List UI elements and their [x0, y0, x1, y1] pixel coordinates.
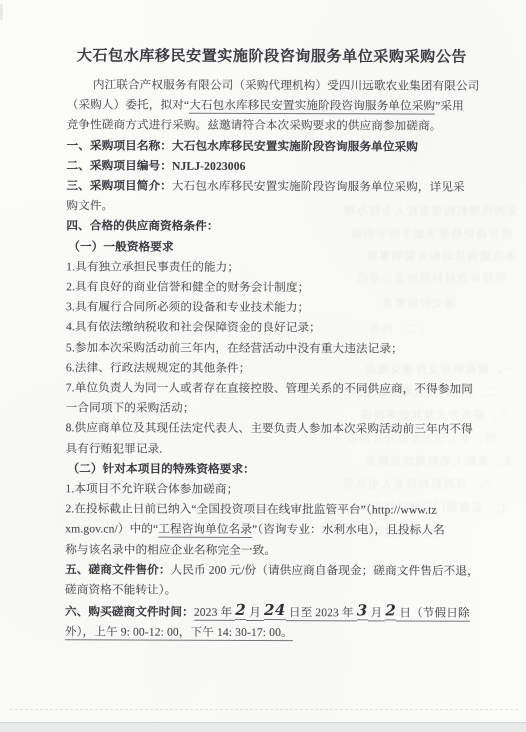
document-line: 4.具有依法缴纳税收和社会保障资金的良好记录； — [66, 318, 482, 340]
text-segment: 1.具有独立承担民事责任的能力； — [66, 260, 239, 274]
text-segment: xm.gov.cn/）中的“ — [65, 523, 158, 536]
text-segment: 月 — [368, 607, 386, 622]
text-segment: 二、采购项目编号：NJLJ-2023006 — [67, 159, 246, 173]
text-segment: 购文件。 — [66, 200, 113, 213]
scanned-document-page: 采购代理机构受委托人全权办理供应商资格要求如下所示明细本次磋商活动相关说明事项资… — [0, 0, 526, 732]
scanner-background-strip — [0, 722, 526, 732]
document-line: 五、磋商文件售价：人民币 200 元/份（请供应商自备现金；磋商文件售后不退， — [65, 560, 481, 582]
document-line: （一）一般资格要求 — [66, 237, 482, 259]
document-content: 大石包水库移民安置实施阶段咨询服务单位采购采购公告 内江联合产权服务有限公司（采… — [0, 0, 526, 645]
document-line: 1.本项目不允许联合体参加磋商； — [65, 479, 481, 501]
text-segment: 大石包水库移民安置实施阶段咨询服务单位采购 — [189, 99, 435, 115]
text-segment: （采购人）委托，拟对“ — [67, 99, 189, 112]
document-line: 一、采购项目名称：大石包水库移民安置实施阶段咨询服务单位采购 — [67, 136, 483, 158]
document-line: 购文件。 — [66, 197, 482, 219]
text-segment: 一、采购项目名称：大石包水库移民安置实施阶段咨询服务单位采购 — [67, 139, 418, 153]
text-segment: 2.具有良好的商业信誉和健全的财务会计制度； — [66, 280, 309, 294]
document-title: 大石包水库移民安置实施阶段咨询服务单位采购采购公告 — [67, 45, 477, 68]
text-segment: 3.具有履行合同所必须的设备和专业技术能力； — [66, 301, 309, 315]
document-line: （采购人）委托，拟对“大石包水库移民安置实施阶段咨询服务单位采购”采用 — [67, 96, 483, 118]
text-segment: 人民币 200 元/份（请供应商自备现金；磋商文件售后不退， — [171, 564, 479, 578]
text-segment: 2023 年 — [194, 606, 235, 621]
text-segment: 1.本项目不允许联合体参加磋商； — [65, 482, 238, 496]
document-line: 3.具有履行合同所必须的设备和专业技术能力； — [66, 298, 482, 320]
document-line: 竞争性磋商方式进行采购。兹邀请符合本次采购要求的供应商参加磋商。 — [67, 116, 483, 138]
handwritten-text-segment: 24 — [264, 601, 286, 620]
document-line: 二、采购项目编号：NJLJ-2023006 — [67, 156, 483, 178]
text-segment: 三、采购项目简介： — [66, 179, 171, 192]
text-segment: （二）针对本项目的特殊资格要求： — [67, 462, 254, 476]
document-line: 一合同项下的采购活动； — [66, 399, 482, 421]
document-line: xm.gov.cn/）中的“工程咨询单位名录”（咨询专业：水利水电），且投标人名 — [65, 520, 481, 542]
handwritten-text-segment: 2 — [385, 602, 396, 621]
document-line: 磋商资格不能转让）。 — [65, 580, 481, 602]
text-segment: 六、购买磋商文件时间： — [65, 606, 194, 619]
document-line: 6.法律、行政法规规定的其他条件； — [66, 358, 482, 380]
document-body: 内江联合产权服务有限公司（采购代理机构）受四川远歌农业集团有限公司（采购人）委托… — [65, 75, 483, 644]
text-segment: ”（咨询专业：水利水电），且投标人名 — [252, 523, 445, 537]
document-line: 2.在投标截止日前已纳入“全国投资项目在线审批监管平台”（http://www.… — [65, 500, 481, 522]
document-line: 三、采购项目简介：大石包水库移民安置实施阶段咨询服务单位采购，详见采 — [66, 176, 482, 198]
document-line: 7.单位负责人为同一人或者存在直接控股、管理关系的不同供应商，不得参加同 — [66, 378, 482, 400]
document-line: 内江联合产权服务有限公司（采购代理机构）受四川远歌农业集团有限公司 — [67, 75, 483, 97]
document-line: 2.具有良好的商业信誉和健全的财务会计制度； — [66, 277, 482, 299]
text-segment: 工程咨询单位名录 — [158, 523, 252, 538]
text-segment: 具有行贿犯罪记录. — [66, 442, 163, 455]
text-segment: 7.单位负责人为同一人或者存在直接控股、管理关系的不同供应商，不得参加同 — [66, 381, 473, 395]
document-line: （二）针对本项目的特殊资格要求： — [65, 459, 481, 481]
text-segment: 称与该名录中的相应企业名称完全一致。 — [65, 543, 276, 557]
text-segment: 竞争性磋商方式进行采购。兹邀请符合本次采购要求的供应商参加磋商。 — [67, 119, 442, 133]
text-segment: 外），上午 9: 00-12: 00，下午 14: 30-17: 00。 — [65, 626, 293, 642]
text-segment: 月 — [246, 606, 264, 621]
page-bottom-edge-shadow — [10, 709, 518, 710]
text-segment: 一合同项下的采购活动； — [66, 402, 195, 415]
document-line: 四、合格的供应商资格条件： — [66, 217, 482, 239]
text-segment: 8.供应商单位及其现任法定代表人、主要负责人参加本次采购活动前三年内不得 — [66, 422, 473, 436]
text-segment: （一）一般资格要求 — [68, 240, 173, 253]
text-segment: 6.法律、行政法规规定的其他条件； — [66, 361, 251, 375]
text-segment: 五、磋商文件售价： — [65, 563, 170, 576]
text-segment: 4.具有依法缴纳税收和社会保障资金的良好记录； — [66, 321, 321, 335]
document-line: 称与该名录中的相应企业名称完全一致。 — [65, 540, 481, 562]
document-line: 5.参加本次采购活动前三年内，在经营活动中没有重大违法记录； — [66, 338, 482, 360]
document-line: 六、购买磋商文件时间：2023 年 2 月 24 日至 2023 年 3 月 2… — [65, 601, 481, 625]
text-segment: 日（节假日除 — [396, 607, 469, 622]
text-segment: 四、合格的供应商资格条件： — [66, 220, 218, 234]
text-segment: 内江联合产权服务有限公司（采购代理机构）受四川远歌农业集团有限公司 — [93, 78, 480, 92]
text-segment: 日至 2023 年 — [286, 606, 357, 621]
document-line: 具有行贿犯罪记录. — [66, 439, 482, 461]
text-segment: ”采用 — [435, 100, 464, 113]
document-line: 外），上午 9: 00-12: 00，下午 14: 30-17: 00。 — [65, 623, 481, 645]
text-segment: 5.参加本次采购活动前三年内，在经营活动中没有重大违法记录； — [66, 341, 403, 355]
handwritten-text-segment: 2 — [235, 601, 246, 620]
handwritten-text-segment: 3 — [357, 602, 368, 621]
document-line: 8.供应商单位及其现任法定代表人、主要负责人参加本次采购活动前三年内不得 — [66, 419, 482, 441]
text-segment: 2.在投标截止日前已纳入“全国投资项目在线审批监管平台”（http://www.… — [65, 503, 436, 517]
document-line: 1.具有独立承担民事责任的能力； — [66, 257, 482, 279]
text-segment: 大石包水库移民安置实施阶段咨询服务单位采购，详见采 — [172, 180, 465, 194]
text-segment: 磋商资格不能转让）。 — [65, 583, 176, 596]
